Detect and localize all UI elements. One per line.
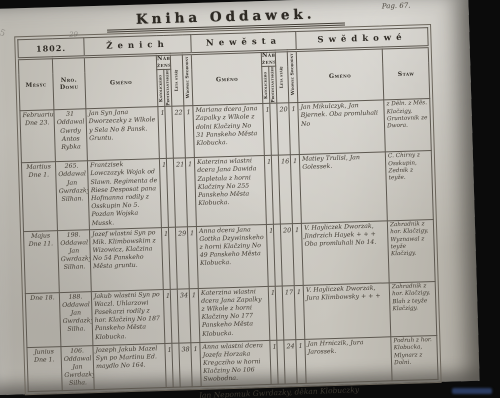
page-title: Kniha Oddawek. [107,6,345,33]
header-house-no: Nro. Domu [52,57,86,110]
header-bride-name: Gméno [191,52,263,106]
cell-witnesses: Matiey Trulisl, Jan Golessek. [299,152,387,223]
year-cell: 1802. [18,38,85,59]
header-bride-religion: Nábo- ženstwj [261,51,275,67]
cell-month: Junius Dne 1. [27,346,62,391]
cell-house-no: 198. Oddawal Jan Gwrdazky Silhan. [57,229,91,292]
header-groom-protestant-label: Protestantského [165,70,171,106]
cell-bride-name: Anna wlastni dcera Jozefa Horzaka Kregcz… [200,340,271,386]
cell-month: Dne 18. [25,292,61,347]
header-bride-protestant-label: Protestantského [270,67,276,103]
cell-witnesses: Jan Mikulczyk, Jan Bjernek. Oba promluha… [298,100,386,155]
header-groom-age-label: Léta stářj [174,70,180,92]
cell-groom-name: Frantzisek Lowczazyk Wojak od Slawn. Reg… [87,159,161,230]
header-groom-name: Gméno [84,55,158,109]
cell-month: Februarius Dne 23. [20,110,56,163]
cell-bride-name: Katerzina wlastni dcera Jana Zapalky z W… [198,286,270,342]
header-month: Měsýc [18,58,54,111]
header-bride-age-label: Léta stářj [279,67,285,89]
cell-witnesses: V. Hayliczek Dworzak, Jura Klimbowsky + … [303,283,391,340]
cell-staw: C. Chirny z Osskupin, Zednik z teyže. [385,151,433,221]
cell-groom-name: Jozeph Jakub Mazel Syn po Martinu Ed. ma… [93,343,166,389]
cell-month: Majus Dne 11. [23,230,59,293]
scan-background: Pag. 67. 29 5 Kniha Oddawek. 1802. Ženic… [0,0,500,398]
cell-groom-name: Jan Syn Jana Dworzeczky z Wlkole y Sela … [86,107,160,161]
cell-house-no: 106. Oddawal Jan Gwrdazky Silha. [61,345,94,390]
record-row: Martius Dne 1. 265. Oddawal Jan Gwrdazky… [21,151,433,232]
cell-staw: Zahradnik z hor. Klačzigy, Blah z teyže … [389,281,437,336]
cell-bride-name: Anna dcera Jana Gottka Dzywinskeho z hor… [196,224,268,288]
pencil-note: 29 [69,30,78,38]
cell-staw: z Děln. z Měs. Klačzigy, Gruntovnik ze D… [384,99,432,152]
cell-house-no: 188. Oddawal Jan Gwrdazky Silha. [59,291,93,346]
register-page: Pag. 67. 29 5 Kniha Oddawek. 1802. Ženic… [0,0,480,395]
cell-month: Martius Dne 1. [21,162,57,231]
cell-witnesses: Jan Hrniczik, Jura Jarossek. [305,337,392,383]
cell-house-no: 265. Oddawal Jan Gwrdazky Silhan. [55,161,89,230]
cell-bride-name: Mariana dcera Jana Zapalky z Wlkole z do… [193,104,265,158]
register-table: 1802. Ženich Newěsta Swědkowé Měsýc Nro.… [17,27,438,392]
header-staw: Staw [382,47,430,101]
cell-staw: Podruh z hor. Klobucka, Mlynarz z Dolni. [391,335,438,380]
pencil-squiggle: 5 [0,28,7,39]
cell-bride-name: Katerzina wlastni dcera Jana Dawida Zapl… [194,156,266,227]
header-groom-protestant: Protestantského [164,69,172,106]
header-groom-catholic-label: Katolického [158,75,164,102]
cell-staw: Zahradnik z hor. Klačzigy, Wyznawal z te… [387,219,435,282]
header-groom-status-label: Wdowec Swobodný [185,62,191,98]
archive-watermark [452,388,492,394]
header-groom-religion: Nábo- ženstwj [156,54,170,70]
header-witness-name: Gméno [296,48,384,103]
header-bride-catholic-label: Katolického [263,71,269,98]
header-bride-status-label: Wdowec Swobodný [290,59,296,95]
cell-groom-name: Jozef wlastni Syn po Mik. Klimbowskim z … [89,227,163,291]
page-number: Pag. 67. [382,2,411,11]
cell-house-no: 31 Oddawal Gwrdy Antos Rybka [54,109,88,162]
cell-groom-name: Jakub wlastni Syn po Waczl. Uhlarzowi Pa… [91,289,165,345]
header-bride-protestant: Protestantského [269,66,277,103]
cell-witnesses: V. Hayliczek Dworzak, Jindrzich Hayek + … [301,221,389,286]
